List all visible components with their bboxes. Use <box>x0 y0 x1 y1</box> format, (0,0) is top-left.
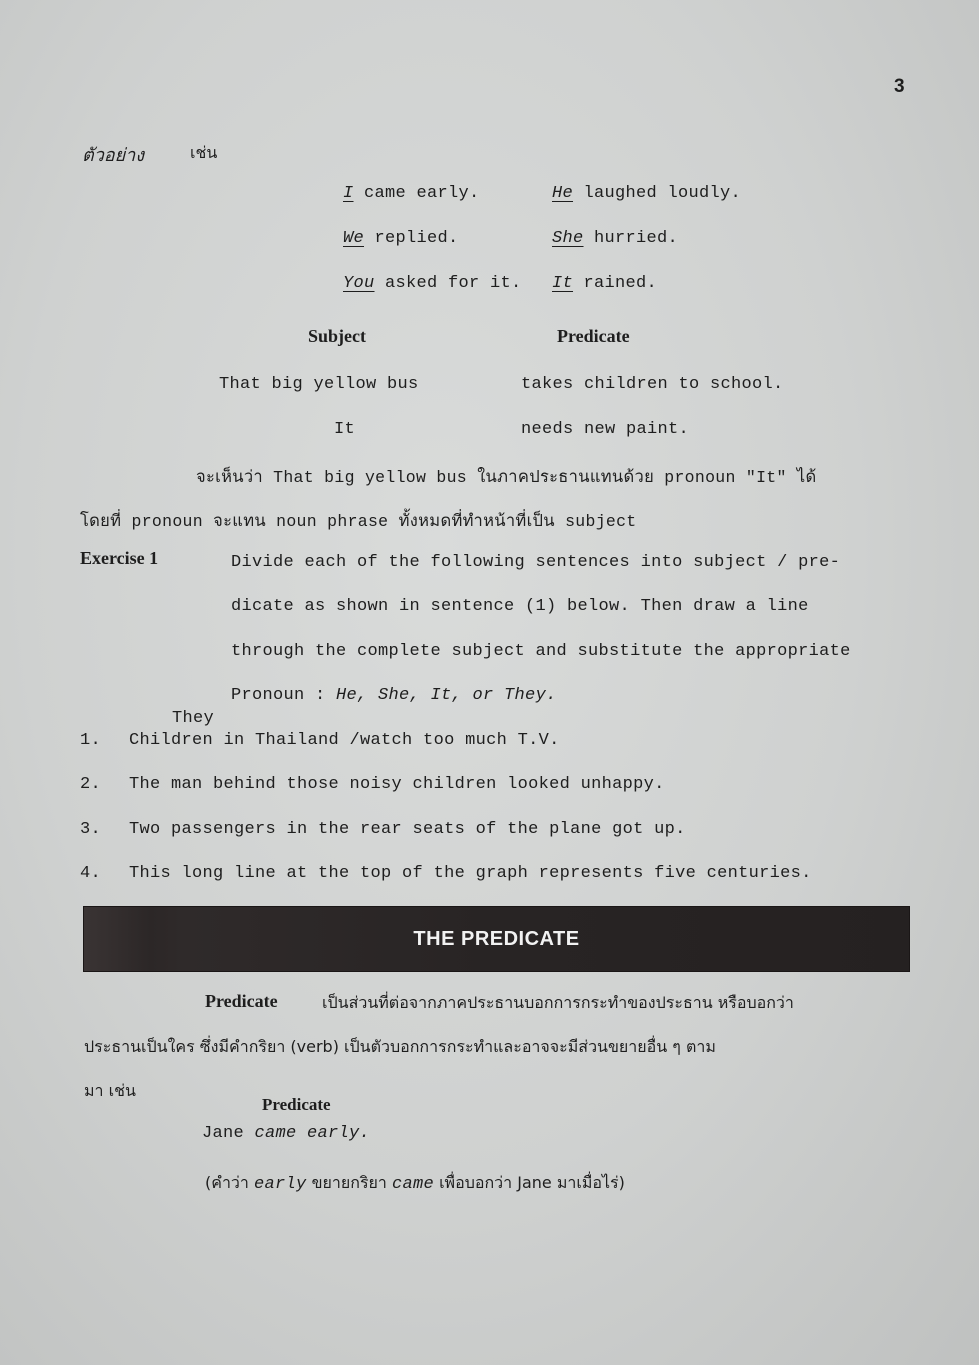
predicate-description: ประธานเป็นใคร ซึ่งมีคำกริยา (verb) เป็นต… <box>84 1035 716 1060</box>
example-sentence: Jane came early. <box>202 1124 370 1143</box>
example-note: (คำว่า early ขยายกริยา came เพื่อบอกว่า … <box>205 1171 625 1196</box>
pronoun-example: You asked for it. <box>343 274 522 293</box>
predicate-cell: takes children to school. <box>521 375 784 394</box>
pronoun-example: He laughed loudly. <box>552 184 741 203</box>
exercise-item: 1.Children in Thailand /watch too much T… <box>80 731 560 750</box>
exercise-instruction: through the complete subject and substit… <box>231 642 851 661</box>
subject-header: Subject <box>308 326 366 347</box>
pronoun-example: It rained. <box>552 274 657 293</box>
page-number: 3 <box>894 76 905 98</box>
exercise-item: 3.Two passengers in the rear seats of th… <box>80 820 686 839</box>
subject-cell: That big yellow bus <box>219 375 419 394</box>
section-banner: THE PREDICATE <box>84 907 909 971</box>
predicate-header: Predicate <box>557 326 630 347</box>
example-heading: ตัวอย่าง <box>82 140 144 169</box>
document-page: 3 ตัวอย่าง เช่น I came early. He laughed… <box>0 0 979 1365</box>
section-title: THE PREDICATE <box>413 928 579 951</box>
exercise-instruction: Divide each of the following sentences i… <box>231 553 840 572</box>
subject-cell: It <box>334 420 355 439</box>
handwritten-note: They <box>172 709 214 728</box>
pronoun-example: We replied. <box>343 229 459 248</box>
predicate-cell: needs new paint. <box>521 420 689 439</box>
pronoun-example: She hurried. <box>552 229 678 248</box>
predicate-description: เป็นส่วนที่ต่อจากภาคประธานบอกการกระทำของ… <box>322 991 794 1016</box>
exercise-instruction: dicate as shown in sentence (1) below. T… <box>231 597 809 616</box>
exercise-label: Exercise 1 <box>80 548 158 569</box>
predicate-description: มา เช่น <box>84 1079 136 1104</box>
example-word: เช่น <box>190 141 217 166</box>
explanation-line: โดยที่ pronoun จะแทน noun phrase ทั้งหมด… <box>80 508 637 534</box>
example-predicate-label: Predicate <box>262 1095 331 1115</box>
exercise-item: 4.This long line at the top of the graph… <box>80 864 812 883</box>
exercise-instruction: Pronoun : He, She, It, or They. <box>231 686 557 705</box>
pronoun-example: I came early. <box>343 184 480 203</box>
exercise-item: 2.The man behind those noisy children lo… <box>80 775 665 794</box>
predicate-term: Predicate <box>205 991 278 1012</box>
explanation-line: จะเห็นว่า That big yellow bus ในภาคประธา… <box>196 464 817 490</box>
